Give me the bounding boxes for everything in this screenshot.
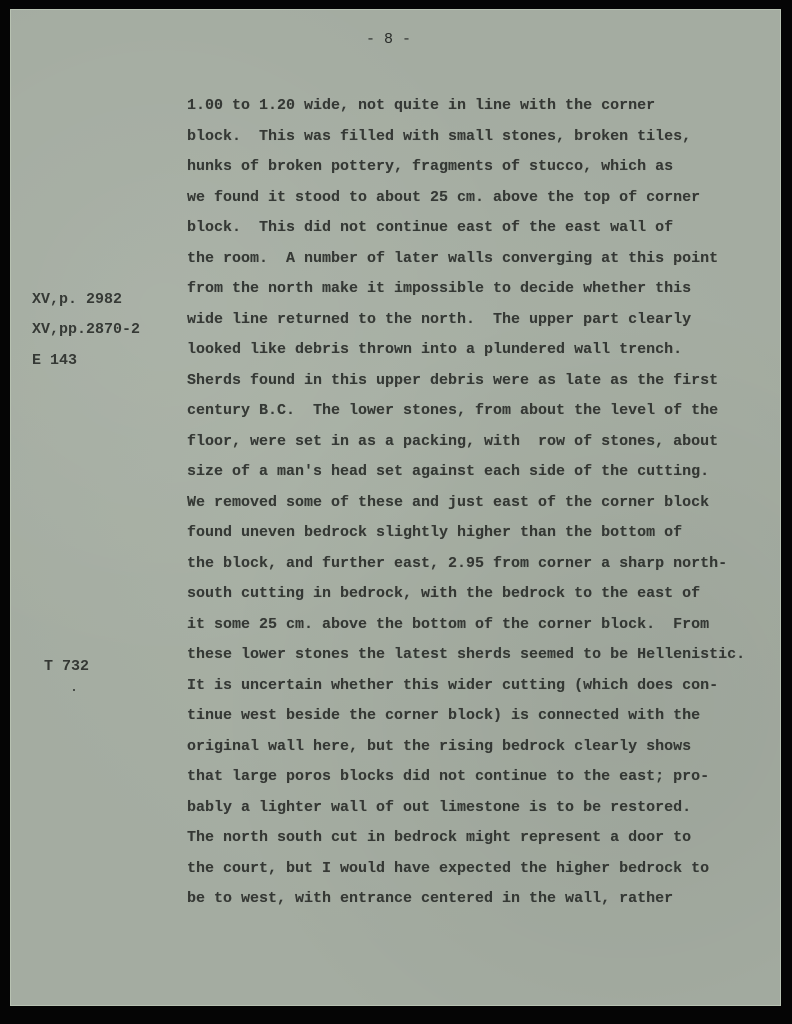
text-line: block. This did not continue east of the… (187, 213, 745, 244)
text-line: the room. A number of later walls conver… (187, 244, 745, 275)
ink-speck (73, 689, 75, 691)
text-line: We removed some of these and just east o… (187, 488, 745, 519)
text-line: Sherds found in this upper debris were a… (187, 366, 745, 397)
margin-note-reference: XV,pp.2870-2 (32, 320, 140, 340)
text-line: found uneven bedrock slightly higher tha… (187, 518, 745, 549)
text-line: we found it stood to about 25 cm. above … (187, 183, 745, 214)
text-line: south cutting in bedrock, with the bedro… (187, 579, 745, 610)
page-number: - 8 - (366, 31, 411, 48)
text-line: from the north make it impossible to dec… (187, 274, 745, 305)
text-line: original wall here, but the rising bedro… (187, 732, 745, 763)
text-line: these lower stones the latest sherds see… (187, 640, 745, 671)
text-line: hunks of broken pottery, fragments of st… (187, 152, 745, 183)
text-line: block. This was filled with small stones… (187, 122, 745, 153)
text-line: that large poros blocks did not continue… (187, 762, 745, 793)
text-line: size of a man's head set against each si… (187, 457, 745, 488)
text-line: be to west, with entrance centered in th… (187, 884, 745, 915)
text-line: century B.C. The lower stones, from abou… (187, 396, 745, 427)
text-line: The north south cut in bedrock might rep… (187, 823, 745, 854)
text-line: floor, were set in as a packing, with ro… (187, 427, 745, 458)
text-line: 1.00 to 1.20 wide, not quite in line wit… (187, 91, 745, 122)
text-line: bably a lighter wall of out limestone is… (187, 793, 745, 824)
margin-note-reference: XV,p. 2982 (32, 290, 122, 310)
text-line: wide line returned to the north. The upp… (187, 305, 745, 336)
text-line: it some 25 cm. above the bottom of the c… (187, 610, 745, 641)
typewritten-page: - 8 - XV,p. 2982 XV,pp.2870-2 E 143 T 73… (10, 9, 781, 1006)
margin-note-reference: T 732 (44, 657, 89, 677)
margin-note-reference: E 143 (32, 351, 77, 371)
text-line: tinue west beside the corner block) is c… (187, 701, 745, 732)
text-line: It is uncertain whether this wider cutti… (187, 671, 745, 702)
text-line: looked like debris thrown into a plunder… (187, 335, 745, 366)
text-line: the block, and further east, 2.95 from c… (187, 549, 745, 580)
text-line: the court, but I would have expected the… (187, 854, 745, 885)
body-text: 1.00 to 1.20 wide, not quite in line wit… (187, 91, 745, 915)
